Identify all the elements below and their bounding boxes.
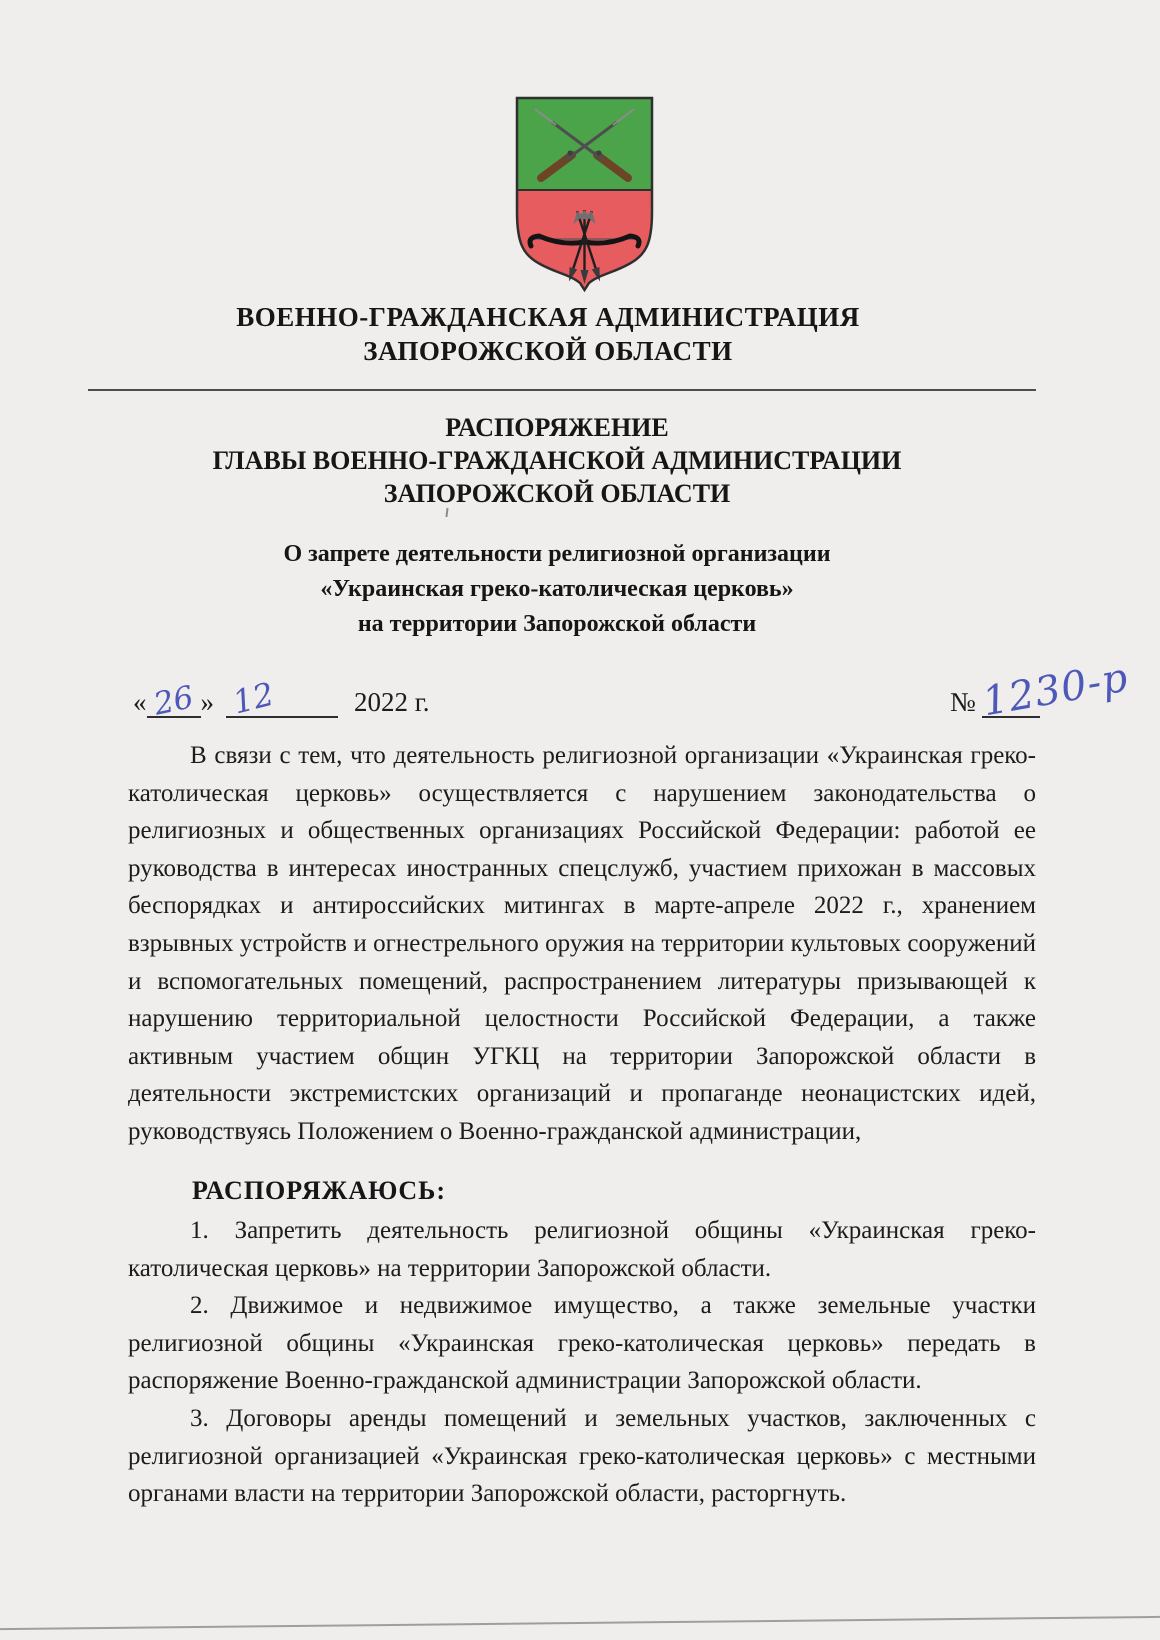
date-day-blank: 26	[147, 683, 201, 718]
order-items: 1. Запретить деятельность религиозной об…	[128, 1212, 1036, 1513]
shield-green-field	[508, 94, 661, 190]
date-month-blank: 12	[226, 683, 338, 718]
date-month-handwritten: 12	[229, 675, 278, 722]
header-divider	[88, 389, 1036, 391]
org-name-line2: ЗАПОРОЖСКОЙ ОБЛАСТИ	[0, 334, 1096, 368]
order-heading: РАСПОРЯЖАЮСЬ:	[192, 1176, 446, 1206]
doc-type-line1: РАСПОРЯЖЕНИЕ	[0, 411, 1114, 444]
preamble-paragraph: В связи с тем, что деятельность религиоз…	[128, 737, 1036, 1151]
number-handwritten: 1230-р	[979, 655, 1132, 726]
doc-type-line2: ГЛАВЫ ВОЕННО-ГРАЖДАНСКОЙ АДМИНИСТРАЦИИ	[0, 444, 1114, 477]
date-line: «26»122022 г.	[133, 683, 430, 718]
subject-line2: «Украинская греко-католическая церковь»	[0, 572, 1114, 607]
paper-edge-line	[0, 1616, 1160, 1630]
document-page: ВОЕННО-ГРАЖДАНСКАЯ АДМИНИСТРАЦИЯ ЗАПОРОЖ…	[0, 0, 1160, 1640]
subject-heading: О запрете деятельности религиозной орган…	[0, 537, 1114, 642]
date-day-handwritten: 26	[150, 679, 196, 722]
doc-type-line3: ЗАПОРОЖСКОЙ ОБЛАСТИ	[0, 477, 1114, 510]
coat-of-arms	[508, 94, 661, 294]
order-item-3: 3. Договоры аренды помещений и земельных…	[128, 1400, 1036, 1513]
scan-artifact-mark	[445, 508, 448, 517]
body-text: В связи с тем, что деятельность религиоз…	[128, 737, 1036, 1151]
date-year: 2022 г.	[354, 687, 430, 717]
document-number: № 1230-р	[950, 683, 1040, 718]
org-header: ВОЕННО-ГРАЖДАНСКАЯ АДМИНИСТРАЦИЯ ЗАПОРОЖ…	[0, 300, 1096, 368]
number-sign: №	[950, 687, 976, 717]
subject-line1: О запрете деятельности религиозной орган…	[0, 537, 1114, 572]
document-type-heading: РАСПОРЯЖЕНИЕ ГЛАВЫ ВОЕННО-ГРАЖДАНСКОЙ АД…	[0, 411, 1114, 510]
order-item-2: 2. Движимое и недвижимое имущество, а та…	[128, 1287, 1036, 1400]
subject-line3: на территории Запорожской области	[0, 607, 1114, 642]
order-item-1: 1. Запретить деятельность религиозной об…	[128, 1212, 1036, 1287]
org-name-line1: ВОЕННО-ГРАЖДАНСКАЯ АДМИНИСТРАЦИЯ	[0, 300, 1096, 334]
date-opening-quote: «	[133, 687, 147, 717]
date-closing-quote: »	[201, 687, 215, 717]
